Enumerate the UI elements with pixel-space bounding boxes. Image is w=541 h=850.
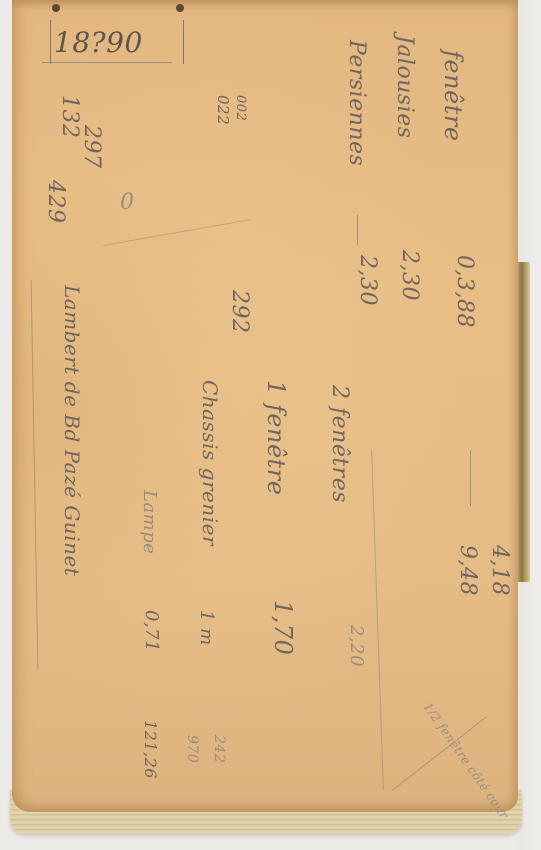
number-429: 429 [43,180,68,224]
column-line [371,450,384,790]
label-persiennes: Persiennes [344,40,369,166]
value-fenetre: 0,3,88 [452,255,477,328]
value-2-fenetres: 4,18 [487,545,512,596]
staple-hole [52,4,60,12]
staple-hole [176,4,184,12]
number-297: 297 [79,125,104,169]
dash [470,450,471,506]
small-values: 022 [214,95,232,125]
value-d: 121,26 [141,720,160,779]
left-note: Lambert de Bd Pazé Guinet [60,285,84,576]
value-e: 970 [184,735,200,763]
notebook-page: 18?90 132 297 429 0 022 002 fenêtre 0,3,… [12,0,518,812]
label-lampe: Lampe [139,490,160,554]
year-text: 18?90 [54,26,143,59]
value-jalousies: 2,30 [397,250,422,301]
value-chassis: 1 m [196,610,217,646]
value-b: 2,20 [346,625,367,667]
value-1-fenetre: 1,70 [269,600,297,655]
trailing-zero: 0 [120,190,135,215]
sum-line [103,219,251,246]
label-fenetre: fenêtre [439,50,467,142]
underline [42,62,172,63]
label-jalousies: Jalousies [392,35,417,139]
label-chassis: Chassis grenier [198,380,222,546]
value-c: 292 [227,290,252,334]
value-f: 242 [211,735,227,763]
value-a: 9,48 [455,545,480,596]
label-2-fenetres: 2 fenêtres [327,385,352,503]
small-values: 002 [233,95,248,121]
notebook-spine-edge [516,262,530,582]
margin-line [31,280,39,670]
dash [357,215,358,245]
corner-note: 1/2 fenêtre côté cour [421,700,512,822]
label-1-fenetre: 1 fenêtre [262,380,290,495]
value-lampe: 0,71 [141,610,162,652]
value-persiennes: 2,30 [355,255,380,306]
